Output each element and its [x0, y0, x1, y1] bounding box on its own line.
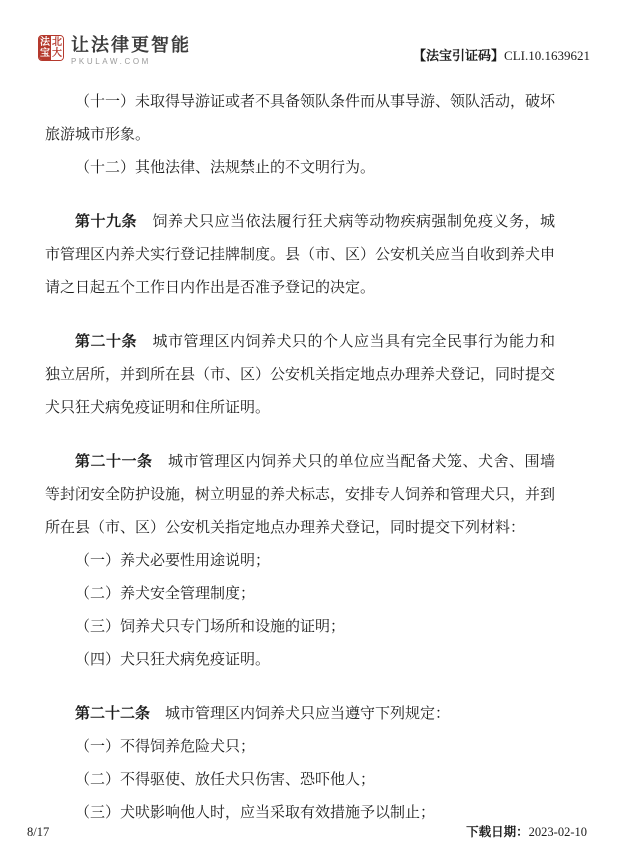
document-body: （十一）未取得导游证或者不具备领队条件而从事导游、领队活动，破坏旅游城市形象。（…: [45, 86, 555, 830]
article-paragraph: 第十九条 饲养犬只应当依法履行狂犬病等动物疾病强制免疫义务，城市管理区内养犬实行…: [45, 206, 555, 305]
article-paragraph: 第二十一条 城市管理区内饲养犬只的单位应当配备犬笼、犬舍、围墙等封闭安全防护设施…: [45, 446, 555, 545]
page-footer: 8/17 下载日期：2023-02-10: [27, 822, 587, 840]
seal-right-column: 北 大: [51, 36, 63, 60]
article-number: 第二十一条: [75, 454, 153, 470]
article-number: 第二十二条: [75, 706, 150, 722]
list-item-paragraph: （二）不得驱使、放任犬只伤害、恐吓他人；: [45, 764, 555, 797]
download-date-label: 下载日期：: [466, 825, 529, 839]
article-number: 第二十条: [75, 334, 137, 350]
document-page: 法 宝 北 大 让法律更智能 PKULAW.COM 【法宝引证码】CLI.10.…: [0, 0, 618, 856]
list-item-paragraph: （二）养犬安全管理制度；: [45, 578, 555, 611]
logo-tagline: 让法律更智能: [71, 35, 191, 55]
citation-code: CLI.10.1639621: [504, 48, 590, 63]
pkulaw-logo: 法 宝 北 大 让法律更智能 PKULAW.COM: [38, 35, 191, 66]
list-item-paragraph: （十二）其他法律、法规禁止的不文明行为。: [45, 152, 555, 185]
citation-label: 【法宝引证码】: [413, 48, 504, 63]
download-date-line: 下载日期：2023-02-10: [466, 822, 587, 840]
page-number-indicator: 8/17: [27, 825, 49, 840]
seal-left-column: 法 宝: [39, 36, 51, 60]
seal-char: 宝: [40, 48, 50, 59]
download-date-value: 2023-02-10: [529, 825, 587, 839]
list-item-paragraph: （四）犬只狂犬病免疫证明。: [45, 644, 555, 677]
logo-text: 让法律更智能 PKULAW.COM: [71, 35, 191, 66]
citation-code-line: 【法宝引证码】CLI.10.1639621: [413, 45, 590, 64]
list-item-paragraph: （三）饲养犬只专门场所和设施的证明；: [45, 611, 555, 644]
article-paragraph: 第二十二条 城市管理区内饲养犬只应当遵守下列规定：: [45, 698, 555, 731]
article-paragraph: 第二十条 城市管理区内饲养犬只的个人应当具有完全民事行为能力和独立居所，并到所在…: [45, 326, 555, 425]
pkulaw-seal-icon: 法 宝 北 大: [38, 35, 64, 61]
seal-char: 大: [52, 48, 62, 59]
logo-domain: PKULAW.COM: [71, 57, 191, 66]
seal-char: 北: [52, 37, 62, 48]
list-item-paragraph: （一）养犬必要性用途说明；: [45, 545, 555, 578]
list-item-paragraph: （十一）未取得导游证或者不具备领队条件而从事导游、领队活动，破坏旅游城市形象。: [45, 86, 555, 152]
article-number: 第十九条: [75, 214, 137, 230]
list-item-paragraph: （一）不得饲养危险犬只；: [45, 731, 555, 764]
seal-char: 法: [40, 37, 50, 48]
